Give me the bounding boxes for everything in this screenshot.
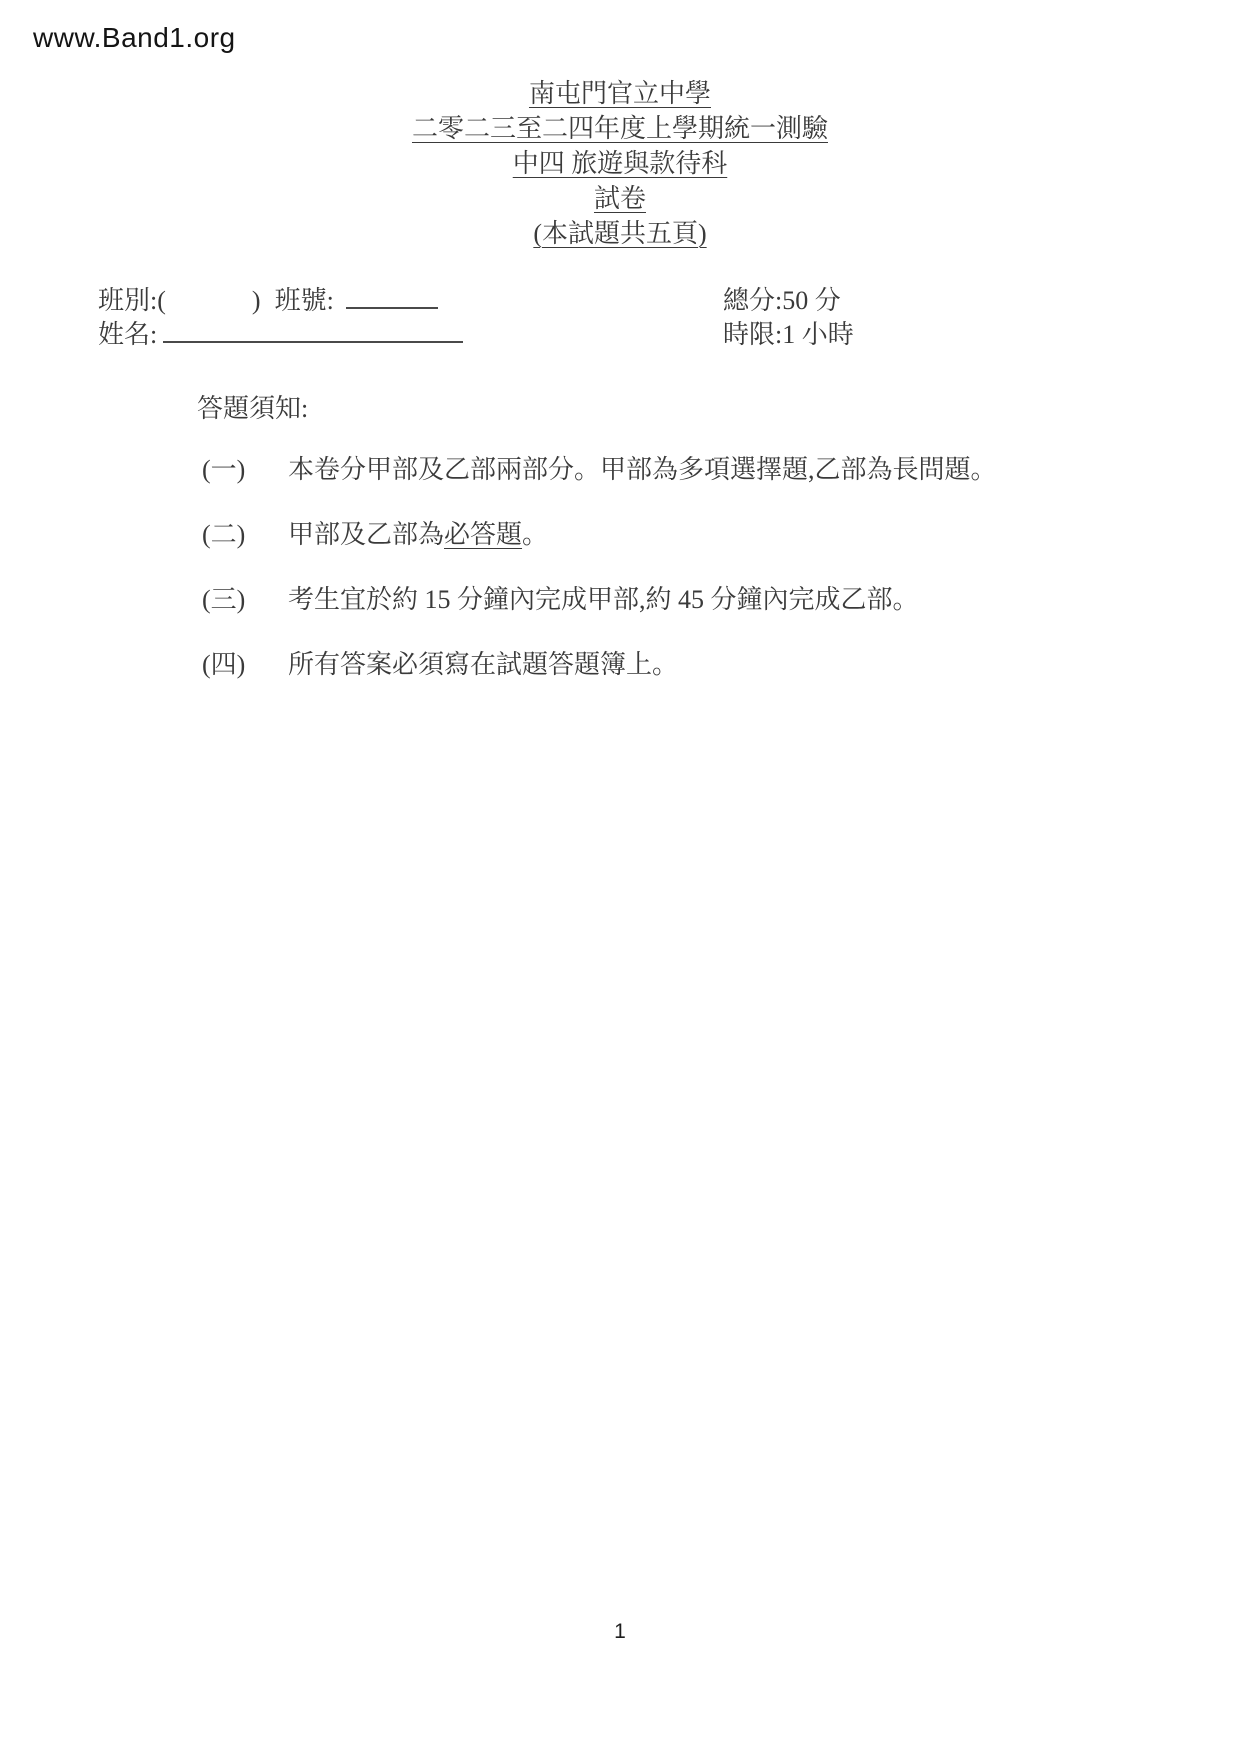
instruction-number: (四) (202, 651, 288, 679)
watermark-site-url: www.Band1.org (33, 22, 236, 54)
instruction-text: 甲部及乙部為必答題。 (288, 521, 1102, 549)
class-no-label: 班號: (275, 286, 334, 315)
time-limit: 時限:1 小時 (723, 318, 854, 352)
instructions-list: (一) 本卷分甲部及乙部兩部分。甲部為多項選擇題,乙部為長問題。 (二) 甲部及… (202, 456, 1102, 716)
page-number: 1 (0, 1620, 1240, 1644)
exam-subject: 中四 旅遊與款待科 (0, 146, 1240, 181)
instruction-number: (三) (202, 586, 288, 614)
instruction-item-2: (二) 甲部及乙部為必答題。 (202, 521, 1102, 549)
instruction-text: 本卷分甲部及乙部兩部分。甲部為多項選擇題,乙部為長問題。 (288, 456, 1102, 484)
name-label: 姓名: (98, 320, 157, 349)
instruction-number: (二) (202, 521, 288, 549)
name-blank (163, 319, 463, 343)
school-name: 南屯門官立中學 (0, 76, 1240, 111)
underlined-phrase: 必答題 (444, 520, 522, 549)
instruction-item-4: (四) 所有答案必須寫在試題答題簿上。 (202, 651, 1102, 679)
exam-header: 南屯門官立中學 二零二三至二四年度上學期統一測驗 中四 旅遊與款待科 試卷 (本… (0, 76, 1240, 251)
instruction-text: 考生宜於約 15 分鐘內完成甲部,約 45 分鐘內完成乙部。 (288, 586, 1102, 614)
exam-term: 二零二三至二四年度上學期統一測驗 (0, 111, 1240, 146)
exam-paper-page: www.Band1.org 南屯門官立中學 二零二三至二四年度上學期統一測驗 中… (0, 0, 1240, 1754)
instruction-number: (一) (202, 456, 288, 484)
class-row: 班別:()班號: (98, 284, 463, 318)
total-score: 總分:50 分 (723, 284, 854, 318)
student-info-right: 總分:50 分 時限:1 小時 (723, 284, 854, 352)
instructions-heading: 答題須知: (197, 388, 308, 425)
instruction-item-3: (三) 考生宜於約 15 分鐘內完成甲部,約 45 分鐘內完成乙部。 (202, 586, 1102, 614)
class-paren-close: ) (252, 286, 261, 315)
name-row: 姓名: (98, 318, 463, 352)
class-label: 班別: (98, 286, 157, 315)
instruction-item-1: (一) 本卷分甲部及乙部兩部分。甲部為多項選擇題,乙部為長問題。 (202, 456, 1102, 484)
paper-title: 試卷 (0, 181, 1240, 216)
student-info-left: 班別:()班號: 姓名: (98, 284, 463, 352)
instruction-text: 所有答案必須寫在試題答題簿上。 (288, 651, 1102, 679)
pages-note: (本試題共五頁) (0, 216, 1240, 251)
class-no-blank (346, 285, 438, 309)
class-paren-open: ( (157, 286, 166, 315)
